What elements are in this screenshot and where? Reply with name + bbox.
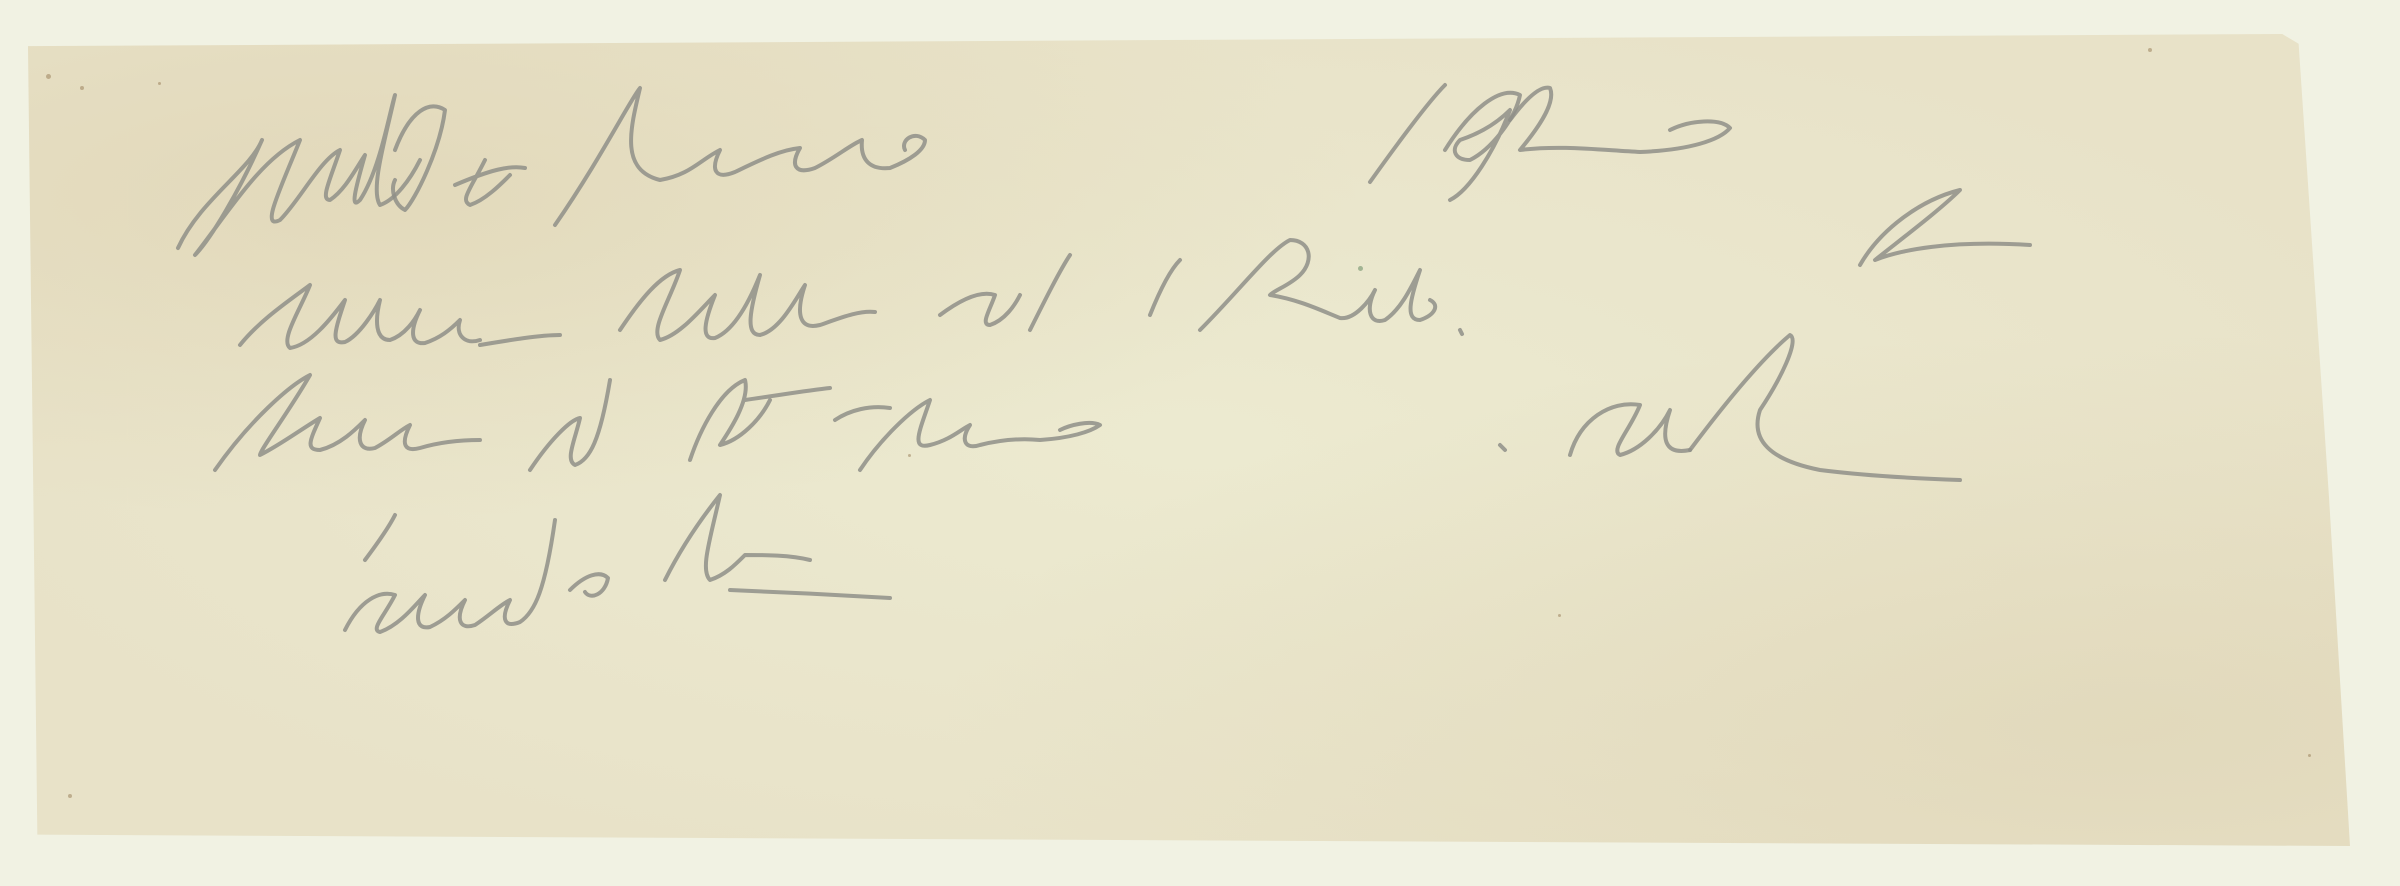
handwriting-line-1 [178,85,1730,255]
handwriting-line-3 [215,335,1960,480]
handwriting-line-2 [240,190,2030,348]
handwriting-line-4 [345,495,890,632]
handwriting [0,0,2400,886]
